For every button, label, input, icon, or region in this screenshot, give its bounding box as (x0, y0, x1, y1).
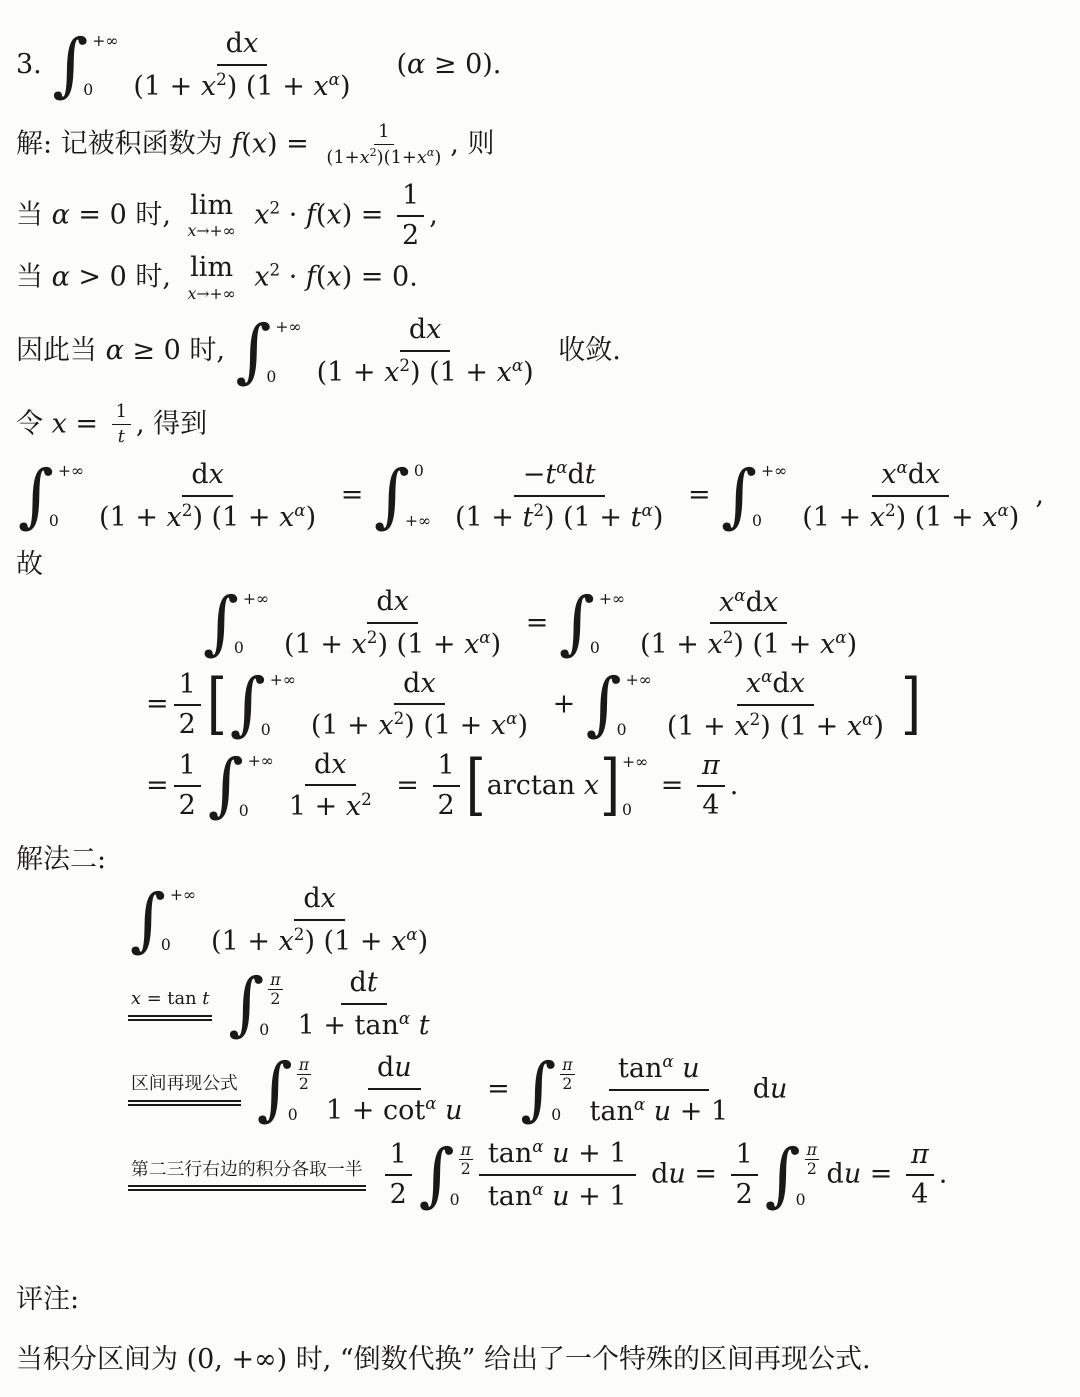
math-fragment: 4 (906, 1176, 933, 1212)
math-fragment: t (523, 502, 534, 533)
math-fragment (128, 1015, 212, 1021)
math-fragment: π (270, 970, 280, 989)
math-fragment: ∫+∞0 (586, 670, 649, 739)
math-fragment: x (763, 587, 778, 618)
math-fragment: 0 (49, 513, 75, 529)
math-fragment: 12 (433, 749, 460, 823)
math-fragment: 2 (394, 708, 405, 728)
remark-heading: 评注: (16, 1283, 1066, 1317)
math-fragment: α (556, 457, 567, 477)
math-fragment: 1 (385, 1138, 412, 1176)
math-fragment: +∞0 (89, 32, 115, 99)
math-fragment: 2 (270, 260, 281, 280)
math-fragment: +∞ (275, 319, 301, 335)
convergence-statement: 因此当 α ≥ 0 时, ∫+∞0dx(1 + x2) (1 + xα) 收敛. (16, 312, 1066, 391)
math-fragment: t (202, 988, 209, 1009)
math-fragment: α (862, 709, 873, 729)
math-fragment: f (306, 262, 316, 293)
math-fragment: du1 + cotα u (317, 1050, 472, 1129)
aligned-equation-3: =12∫+∞0dx1 + x2 = 12[arctan x]+∞0 = π4. (146, 747, 1066, 826)
math-solution-page: 3. ∫+∞0dx(1 + x2) (1 + xα)(α ≥ 0). 解: 记被… (0, 0, 1080, 1376)
math-fragment: α (52, 199, 70, 230)
math-fragment: π (560, 1057, 574, 1075)
math-fragment: π (268, 972, 282, 990)
math-fragment: π2 (805, 1142, 819, 1176)
math-fragment: α (642, 500, 653, 520)
math-fragment: (1+x2)(1+xα) (322, 145, 445, 169)
math-fragment: π2 (268, 972, 282, 1006)
math-fragment: π20 (265, 971, 279, 1038)
math-fragment: dx (305, 747, 356, 787)
math-fragment: ∫π20 (520, 1055, 571, 1124)
math-fragment: 2 (731, 1176, 758, 1212)
math-fragment: 2 (533, 500, 544, 520)
math-fragment: α (662, 1051, 673, 1071)
math-fragment: x (708, 629, 723, 660)
math-fragment: dx(1 + x2) (1 + xα) (302, 666, 537, 745)
math-fragment: x (925, 459, 940, 490)
math-fragment: dx (367, 584, 418, 624)
math-fragment: π (562, 1055, 572, 1074)
math-fragment: +∞0 (245, 752, 271, 819)
math-fragment: u (552, 1181, 569, 1212)
method2-line-1: ∫+∞0dx(1 + x2) (1 + xα) (128, 881, 1066, 960)
math-fragment: α (506, 708, 517, 728)
math-fragment: tanα u (609, 1050, 709, 1091)
math-fragment: 0 (261, 722, 287, 738)
math-fragment: ] (600, 752, 620, 819)
math-fragment: α (406, 924, 417, 944)
math-fragment: u (654, 1096, 671, 1127)
reciprocal-substitution-equation: ∫+∞0dx(1 + x2) (1 + xα) = ∫0+∞−tαdt(1 + … (16, 456, 1066, 536)
math-fragment: 0 (266, 369, 292, 385)
math-fragment: t (545, 459, 556, 490)
math-fragment: α (329, 69, 340, 89)
math-fragment: −tαdt(1 + t2) (1 + tα) (446, 456, 672, 536)
math-fragment: 1 (731, 1138, 758, 1176)
math-fragment: +∞0 (55, 462, 81, 529)
math-fragment: π2 (459, 1142, 473, 1176)
math-fragment: xαdx(1 + x2) (1 + xα) (631, 584, 866, 664)
math-fragment: 1(1+x2)(1+xα) (322, 121, 445, 169)
math-fragment: 12 (174, 749, 201, 823)
math-fragment: 0 (752, 513, 778, 529)
math-fragment: x (790, 668, 805, 699)
math-fragment: dx(1 + x2) (1 + xα) (90, 457, 325, 536)
math-fragment: t (419, 1010, 430, 1041)
math-fragment: π (911, 1139, 929, 1170)
math-fragment: α (106, 335, 124, 366)
math-fragment: x→+∞ (188, 223, 236, 239)
math-fragment: +∞0 (758, 462, 784, 529)
math-fragment: dx (217, 26, 268, 66)
math-fragment: x (847, 711, 862, 742)
math-fragment: x (346, 791, 361, 822)
math-fragment: α (52, 262, 70, 293)
math-fragment: 2 (399, 355, 410, 375)
math-fragment: tanα u + 1 (479, 1135, 636, 1176)
math-fragment: α (734, 585, 745, 605)
math-fragment: x (167, 502, 182, 533)
math-fragment: x (391, 926, 406, 957)
math-fragment: x (426, 314, 441, 345)
math-fragment: 0 (414, 463, 440, 479)
math-fragment: dx (182, 457, 233, 497)
math-fragment: α (406, 924, 417, 944)
math-fragment: α (634, 1094, 645, 1114)
math-fragment: 2 (174, 787, 201, 823)
math-fragment: (1 + x2) (1 + xα) (631, 624, 866, 663)
math-fragment: π (697, 749, 725, 787)
remark-text: 当积分区间为 (0, +∞) 时, “倒数代换” 给出了一个特殊的区间再现公式. (16, 1343, 1066, 1377)
math-fragment: π (297, 1057, 311, 1075)
math-fragment: +∞ (626, 672, 652, 688)
math-fragment: x (201, 71, 216, 102)
math-fragment: ∫π20 (228, 970, 279, 1039)
math-fragment: α (835, 627, 846, 647)
math-fragment: +∞0 (272, 318, 298, 385)
math-fragment: +∞ (92, 33, 118, 49)
math-fragment: +∞0 (623, 671, 649, 738)
case-alpha-zero: 当 α = 0 时, limx→+∞ x2 · f(x) = 12, (16, 179, 1066, 253)
math-fragment: α (399, 1008, 410, 1028)
math-fragment: 1 (397, 179, 424, 217)
math-fragment: x (52, 408, 67, 439)
math-fragment: π20 (802, 1141, 816, 1208)
math-fragment: dt (341, 965, 387, 1005)
math-fragment: (1 + x2) (1 + xα) (275, 624, 510, 663)
math-fragment: α (532, 1179, 543, 1199)
math-fragment: π (906, 1138, 934, 1176)
math-fragment: 1 (374, 121, 393, 145)
math-fragment: α (329, 69, 340, 89)
math-fragment: x (497, 357, 512, 388)
math-fragment: dt1 + tanα t (289, 965, 439, 1044)
math-fragment: f (306, 199, 316, 230)
math-fragment: x (352, 629, 367, 660)
math-fragment: 12 (731, 1138, 758, 1212)
math-fragment: π (299, 1055, 309, 1074)
math-fragment: α (294, 500, 305, 520)
math-fragment: 第二三行右边的积分各取一半 (128, 1159, 366, 1185)
math-fragment: x (870, 502, 885, 533)
math-fragment: α (662, 1051, 673, 1071)
math-fragment: 1 (112, 401, 131, 425)
math-fragment: α (427, 146, 434, 159)
math-fragment: π20 (294, 1056, 308, 1123)
math-fragment: u (394, 1052, 411, 1083)
math-fragment: f (231, 128, 241, 159)
math-fragment: π2 (268, 972, 282, 1006)
math-fragment: x (420, 668, 435, 699)
math-fragment: ∫+∞0 (721, 462, 784, 531)
math-fragment: α (862, 709, 873, 729)
math-fragment: dx(1 + x2) (1 + xα) (124, 26, 359, 105)
math-fragment: x (331, 749, 346, 780)
math-fragment: t (114, 425, 129, 448)
math-fragment: [ (466, 752, 486, 819)
math-fragment: 1 (174, 668, 201, 706)
math-fragment: x (746, 668, 761, 699)
problem-statement: 3. ∫+∞0dx(1 + x2) (1 + xα)(α ≥ 0). (16, 26, 1066, 105)
math-fragment: 2 (182, 500, 193, 520)
math-fragment: 2 (723, 627, 734, 647)
math-fragment: u (682, 1053, 699, 1084)
method2-line-3-interval-reproduction: 区间再现公式∫π20du1 + cotα u = ∫π20tanα utanα … (128, 1050, 1066, 1130)
math-fragment: +∞ (270, 672, 296, 688)
math-fragment: α (532, 1136, 543, 1156)
math-fragment: lim (190, 254, 233, 282)
math-fragment: 2 (216, 69, 227, 89)
math-fragment: u (445, 1095, 462, 1126)
math-fragment: α (896, 457, 907, 477)
math-fragment: α (399, 1008, 410, 1028)
gu-connector: 故 (16, 548, 1066, 582)
math-fragment: dx(1 + x2) (1 + xα) (202, 881, 437, 960)
math-fragment: x (719, 587, 734, 618)
math-fragment: 区间再现公式 (128, 1073, 241, 1105)
math-fragment: α (997, 500, 1008, 520)
math-fragment: (1 + x2) (1 + xα) (658, 706, 893, 745)
method2-line-2-tan-substitution: x = tan t∫π20dt1 + tanα t (128, 965, 1066, 1044)
math-fragment: 0 (234, 640, 260, 656)
math-fragment: +∞ (170, 887, 196, 903)
math-fragment: x (491, 710, 506, 741)
math-fragment: α (835, 627, 846, 647)
math-fragment: π (702, 750, 720, 781)
math-fragment: ∫+∞0 (208, 751, 271, 820)
math-fragment: 1t (112, 401, 131, 449)
math-fragment: ∫+∞0 (230, 670, 293, 739)
math-fragment: 2 (397, 217, 424, 253)
math-fragment: α (479, 627, 490, 647)
math-fragment: u (668, 1159, 685, 1190)
math-fragment: π2 (805, 1142, 819, 1176)
math-fragment: +∞0 (622, 754, 648, 818)
math-fragment: x (254, 262, 269, 293)
math-fragment: u (844, 1159, 861, 1190)
math-fragment: x (881, 459, 896, 490)
math-fragment: (1 + x2) (1 + xα) (793, 497, 1028, 536)
math-fragment: 12 (397, 179, 424, 253)
math-fragment: 2 (461, 1160, 471, 1177)
math-fragment: ∫+∞0 (559, 589, 622, 658)
aligned-equation-1: ∫+∞0dx(1 + x2) (1 + xα) = ∫+∞0xαdx(1 + x… (201, 584, 1066, 664)
math-fragment: 0 (617, 722, 643, 738)
math-fragment: +∞ (622, 754, 648, 770)
math-fragment: x (360, 147, 370, 168)
math-fragment: 2 (385, 1176, 412, 1212)
math-fragment: 0 (161, 937, 187, 953)
math-fragment: tanα u + 1tanα u + 1 (479, 1135, 636, 1215)
math-fragment: 0 (450, 1192, 464, 1208)
math-fragment: (1 + x2) (1 + xα) (308, 352, 543, 391)
math-fragment: dx1 + x2 (280, 747, 381, 826)
math-fragment: π20 (456, 1141, 470, 1208)
math-fragment: du (368, 1050, 421, 1090)
math-fragment: x (279, 502, 294, 533)
math-fragment: x (209, 459, 224, 490)
math-fragment: t (631, 502, 642, 533)
math-fragment: ∫0+∞ (374, 462, 437, 531)
math-fragment: x = tan t (128, 988, 212, 1020)
math-fragment: x (820, 629, 835, 660)
math-fragment: tanα utanα u + 1 (581, 1050, 738, 1130)
math-fragment: α (425, 1093, 436, 1113)
math-fragment: 0 (239, 803, 265, 819)
math-fragment: x (417, 147, 427, 168)
math-fragment: dx(1 + x2) (1 + xα) (275, 584, 510, 663)
math-fragment: dx (294, 881, 345, 921)
math-fragment: limx→+∞ (188, 192, 236, 240)
math-fragment: 2 (367, 627, 378, 647)
math-fragment: ∫+∞0 (18, 462, 81, 531)
math-fragment: 2 (433, 787, 460, 823)
math-fragment: x (188, 284, 197, 303)
math-fragment: ∫+∞0 (203, 589, 266, 658)
math-fragment: ] (901, 671, 921, 738)
math-fragment: α (634, 1094, 645, 1114)
math-fragment: π2 (459, 1142, 473, 1176)
math-fragment: xαdx (737, 665, 814, 706)
math-fragment: xαdx(1 + x2) (1 + xα) (793, 456, 1028, 536)
math-fragment: 2 (294, 924, 305, 944)
math-fragment: 1 + x2 (280, 786, 381, 825)
math-fragment: ∫+∞0 (52, 31, 115, 100)
math-fragment: α (407, 49, 425, 80)
math-fragment: dx (394, 666, 445, 706)
math-fragment: α (761, 666, 772, 686)
math-fragment: 2 (270, 197, 281, 217)
math-fragment: 4 (697, 787, 724, 823)
math-fragment: ∫+∞0 (236, 317, 299, 386)
math-fragment: 2 (562, 1075, 572, 1092)
math-fragment: π2 (297, 1057, 311, 1091)
math-fragment: π (461, 1140, 471, 1159)
math-fragment: α (642, 500, 653, 520)
math-fragment: 2 (174, 706, 201, 742)
math-fragment: u (552, 1138, 569, 1169)
math-fragment: 1 (174, 749, 201, 787)
math-fragment: (1 + x2) (1 + xα) (202, 921, 437, 960)
math-fragment: (1 + x2) (1 + xα) (302, 705, 537, 744)
math-fragment: (1 + x2) (1 + xα) (124, 66, 359, 105)
math-fragment: α (532, 1136, 543, 1156)
math-fragment: +∞ (761, 463, 787, 479)
math-fragment: α (532, 1179, 543, 1199)
math-fragment: ∫+∞0 (130, 886, 193, 955)
method2-heading: 解法二: (16, 843, 1066, 877)
math-fragment: 2 (370, 146, 377, 159)
math-fragment: 区间再现公式 (128, 1073, 241, 1099)
math-fragment: x (584, 769, 599, 800)
math-fragment: 0+∞ (411, 462, 437, 529)
math-fragment: x (378, 710, 393, 741)
math-fragment: α (734, 585, 745, 605)
math-fragment: t (367, 967, 378, 998)
math-fragment: 1 + tanα t (289, 1005, 439, 1044)
math-fragment: π4 (697, 749, 725, 823)
math-fragment: α (479, 627, 490, 647)
math-fragment: 2 (270, 990, 280, 1007)
method2-line-4-half-sum: 第二三行右边的积分各取一半12∫π20tanα u + 1tanα u + 1 … (128, 1135, 1066, 1215)
math-fragment: 0 (590, 640, 616, 656)
math-fragment: 0 (83, 82, 109, 98)
math-fragment: t (118, 426, 125, 447)
math-fragment: α (761, 666, 772, 686)
math-fragment: α (512, 355, 523, 375)
math-fragment: +∞ (248, 753, 274, 769)
math-fragment: x (252, 128, 267, 159)
math-fragment: x (279, 926, 294, 957)
math-fragment: x (464, 629, 479, 660)
math-fragment: (1 + t2) (1 + tα) (446, 497, 672, 536)
math-fragment: 1 + cotα u (317, 1090, 472, 1129)
math-fragment: x (243, 28, 258, 59)
math-fragment: π4 (906, 1138, 934, 1212)
math-fragment: x (188, 221, 197, 240)
math-fragment: x (313, 71, 328, 102)
math-fragment: x (254, 199, 269, 230)
math-fragment: α (997, 500, 1008, 520)
math-fragment: +∞ (243, 591, 269, 607)
math-fragment: 0 (796, 1192, 810, 1208)
math-fragment: x (131, 988, 141, 1009)
math-fragment: π2 (560, 1057, 574, 1091)
math-fragment: 2 (807, 1160, 817, 1177)
math-fragment: tanα u + 1 (479, 1176, 636, 1215)
math-fragment: ∫π20 (257, 1055, 308, 1124)
math-fragment: u (770, 1073, 787, 1104)
math-fragment: ∫π20 (419, 1141, 470, 1210)
math-fragment (128, 1185, 366, 1191)
math-fragment: α (294, 500, 305, 520)
math-fragment: α (425, 1093, 436, 1113)
math-fragment: α (556, 457, 567, 477)
math-fragment: xαdx (872, 456, 949, 497)
math-fragment: π2 (560, 1057, 574, 1091)
math-fragment: α (512, 355, 523, 375)
math-fragment: +∞0 (267, 671, 293, 738)
math-fragment: π20 (557, 1056, 571, 1123)
math-fragment: limx→+∞ (188, 254, 236, 302)
math-fragment: dx(1 + x2) (1 + xα) (308, 312, 543, 391)
math-fragment: xαdx (710, 584, 787, 625)
math-fragment: 0 (622, 802, 648, 818)
math-fragment: π (805, 1142, 819, 1160)
math-fragment: tanα u + 1 (581, 1091, 738, 1130)
math-fragment: x = tan t (128, 988, 212, 1014)
math-fragment: 第二三行右边的积分各取一半 (128, 1159, 366, 1191)
math-fragment: dx (400, 312, 451, 352)
math-fragment: 2 (361, 789, 372, 809)
math-fragment: −tαdt (514, 456, 605, 497)
math-fragment: +∞ (599, 591, 625, 607)
solution-intro: 解: 记被积函数为 f(x) = 1(1+x2)(1+xα), 则 (16, 121, 1066, 169)
math-fragment (128, 1100, 241, 1106)
math-fragment: +∞ (405, 513, 431, 529)
math-fragment: +∞ (58, 463, 84, 479)
math-fragment: π (807, 1140, 817, 1159)
math-fragment: t (585, 459, 596, 490)
math-fragment: x (326, 199, 341, 230)
math-fragment: x→+∞ (188, 286, 236, 302)
math-fragment: 1 (433, 749, 460, 787)
math-fragment: x (394, 586, 409, 617)
math-fragment: ∫π20 (765, 1141, 816, 1210)
math-fragment: 2 (299, 1075, 309, 1092)
math-fragment: x (326, 262, 341, 293)
